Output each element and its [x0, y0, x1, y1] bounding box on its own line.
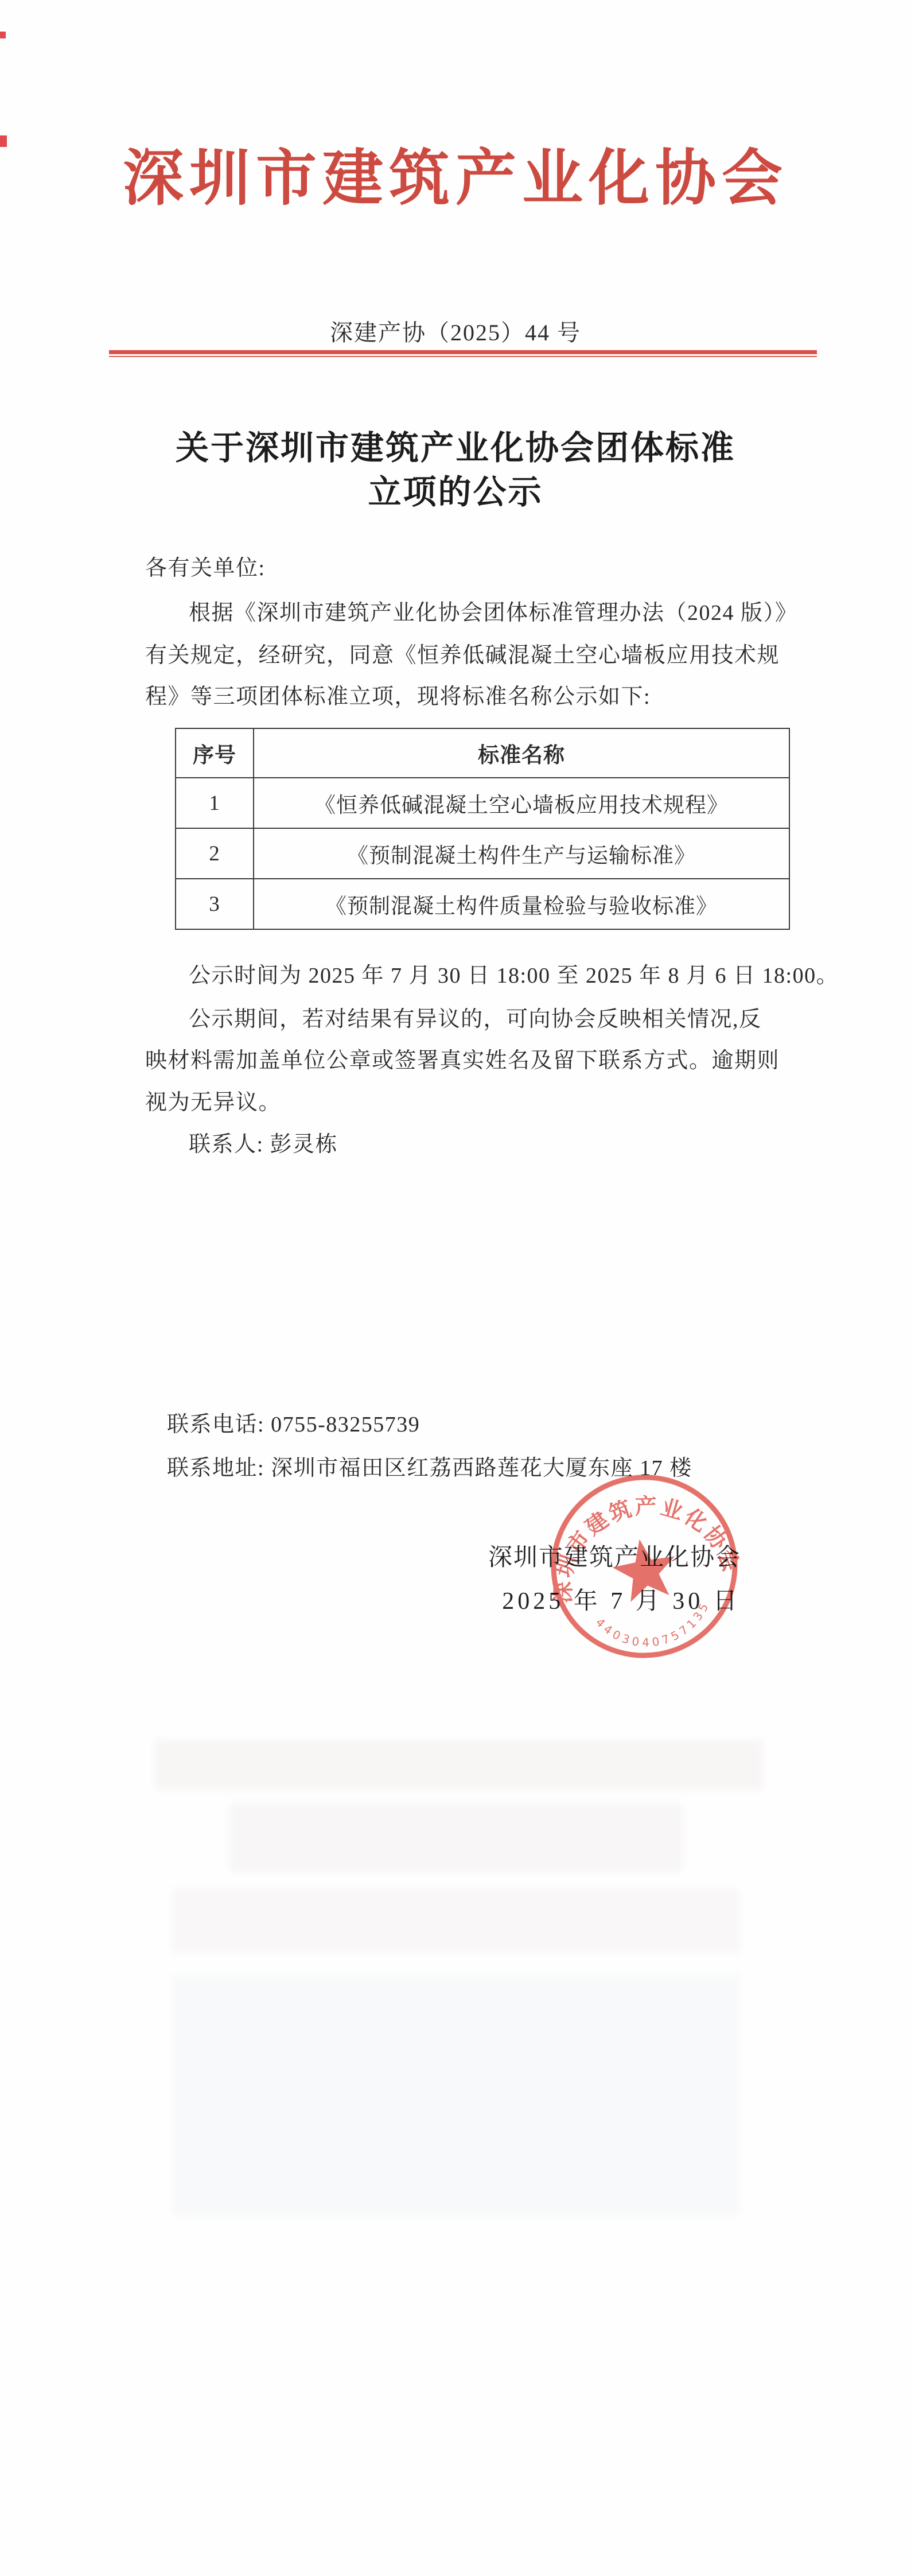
salutation: 各有关单位: [145, 550, 266, 581]
bleedthrough-ghost [229, 1803, 683, 1872]
table-row: 3 《预制混凝土构件质量检验与验收标准》 [176, 879, 789, 929]
table-row: 2 《预制混凝土构件生产与运输标准》 [176, 828, 789, 879]
row-index: 1 [176, 778, 254, 828]
standard-name: 《预制混凝土构件质量检验与验收标准》 [254, 879, 789, 929]
red-divider-thin-line [109, 356, 817, 357]
paragraph1-line3: 程》等三项团体标准立项，现将标准名称公示如下: [145, 678, 651, 710]
document-title-line2: 立项的公示 [0, 465, 911, 513]
paragraph1-line1: 根据《深圳市建筑产业化协会团体标准管理办法（2024 版）》 [189, 595, 798, 626]
table-header-standard-name: 标准名称 [254, 728, 789, 778]
contact-phone-label: 联系电话: [167, 1413, 271, 1437]
bleedthrough-ghost [172, 1888, 740, 1953]
paragraph2-line1: 公示时间为 2025 年 7 月 30 日 18:00 至 2025 年 8 月… [189, 957, 839, 989]
contact-phone-line: 联系电话: 0755-83255739 [167, 1406, 420, 1438]
paragraph1-line2: 有关规定，经研究，同意《恒养低碱混凝土空心墙板应用技术规 [145, 637, 780, 669]
document-number: 深建产协（2025）44 号 [0, 315, 911, 347]
standards-table: 序号 标准名称 1 《恒养低碱混凝土空心墙板应用技术规程》 2 《预制混凝土构件… [175, 728, 790, 930]
row-index: 3 [176, 879, 254, 929]
standard-name: 《预制混凝土构件生产与运输标准》 [254, 828, 789, 879]
scanned-document-page: 深圳市建筑产业化协会 深建产协（2025）44 号 关于深圳市建筑产业化协会团体… [0, 0, 911, 2576]
paragraph2-line3: 映材料需加盖单位公章或签署真实姓名及留下联系方式。逾期则 [145, 1042, 780, 1074]
bleedthrough-ghost [172, 1974, 740, 2216]
red-divider [109, 350, 817, 357]
row-index: 2 [176, 828, 254, 879]
table-header-row: 序号 标准名称 [176, 728, 789, 778]
bleedthrough-ghost [155, 1739, 763, 1790]
table-header-index: 序号 [176, 728, 254, 778]
paragraph2-line4: 视为无异议。 [145, 1084, 281, 1116]
document-title-line1: 关于深圳市建筑产业化协会团体标准 [0, 421, 911, 469]
letterhead-org-title: 深圳市建筑产业化协会 [0, 130, 911, 217]
contact-address-label: 联系地址: [167, 1456, 271, 1480]
contact-person: 联系人: 彭灵栋 [189, 1126, 338, 1158]
scan-artifact-red-tick [0, 32, 6, 38]
red-divider-thick-line [109, 350, 817, 354]
contact-phone-value: 0755-83255739 [271, 1413, 420, 1437]
official-red-seal: 深圳市建筑产业化协会 4403040757135 [531, 1453, 757, 1679]
table-row: 1 《恒养低碱混凝土空心墙板应用技术规程》 [176, 778, 789, 828]
paragraph2-line2: 公示期间，若对结果有异议的，可向协会反映相关情况,反 [189, 1001, 762, 1033]
standard-name: 《恒养低碱混凝土空心墙板应用技术规程》 [254, 778, 789, 828]
seal-star-icon [608, 1534, 681, 1604]
